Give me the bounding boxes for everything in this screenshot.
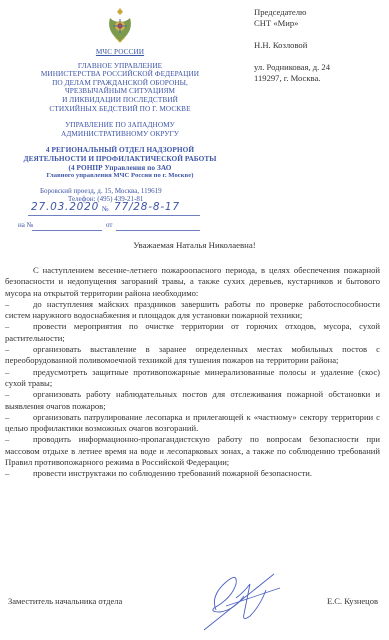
recipient-line: СНТ «Мир»: [254, 18, 330, 29]
list-item: –организовать работу наблюдательных пост…: [5, 389, 380, 412]
division-line: АДМИНИСТРАТИВНОМУ ОКРУГУ: [10, 130, 230, 139]
list-item: –организовать патрулирование лесопарка и…: [5, 412, 380, 435]
list-item: –проводить информационно-пропагандистску…: [5, 434, 380, 468]
letter-date: 27.03.2020: [31, 201, 99, 213]
recipient-address: 119297, г. Москва.: [254, 73, 330, 84]
recipient-address: ул. Родниковая, д. 24: [254, 62, 330, 73]
list-item: –провести мероприятия по очистке террито…: [5, 321, 380, 344]
list-item: –провести инструктажи по соблюдению треб…: [5, 468, 380, 479]
emercom-emblem-icon: [106, 6, 134, 44]
reply-date-field: [116, 230, 200, 231]
letter-number: 77/28-8-17: [114, 201, 180, 213]
date-number-line: 27.03.2020 № 77/28-8-17: [28, 203, 200, 216]
org-short-name: МЧС РОССИИ: [10, 48, 230, 57]
reply-reference-line: на № от: [18, 222, 200, 231]
intro-paragraph: С наступлением весенне-летнего пожароопа…: [5, 265, 380, 299]
org-address: Боровский проезд, д. 15, Москва, 119619: [10, 187, 230, 196]
recipient-name: Н.Н. Козловой: [254, 40, 330, 51]
list-item: –организовать выставление в заранее опре…: [5, 344, 380, 367]
from-label: от: [106, 221, 112, 229]
reply-number-field: [32, 230, 102, 231]
recipient-block: Председателю СНТ «Мир» Н.Н. Козловой ул.…: [254, 7, 330, 84]
org-line: СТИХИЙНЫХ БЕДСТВИЙ ПО Г. МОСКВЕ: [10, 105, 230, 114]
signer-name: Е.С. Кузнецов: [327, 596, 378, 606]
department-line: (4 РОНПР Управления по ЗАО: [10, 164, 230, 173]
reply-to-label: на №: [18, 221, 33, 229]
recipient-line: Председателю: [254, 7, 330, 18]
list-item: –предусмотреть защитные противопожарные …: [5, 367, 380, 390]
department-line: Главного управления МЧС России по г. Мос…: [10, 172, 230, 181]
signer-position: Заместитель начальника отдела: [8, 596, 122, 606]
letter-body: С наступлением весенне-летнего пожароопа…: [5, 265, 380, 480]
greeting: Уважаемая Наталья Николаевна!: [0, 240, 389, 250]
handwritten-signature-icon: [196, 568, 286, 633]
list-item: –до наступления майских праздников завер…: [5, 299, 380, 322]
number-label: №: [102, 205, 109, 213]
